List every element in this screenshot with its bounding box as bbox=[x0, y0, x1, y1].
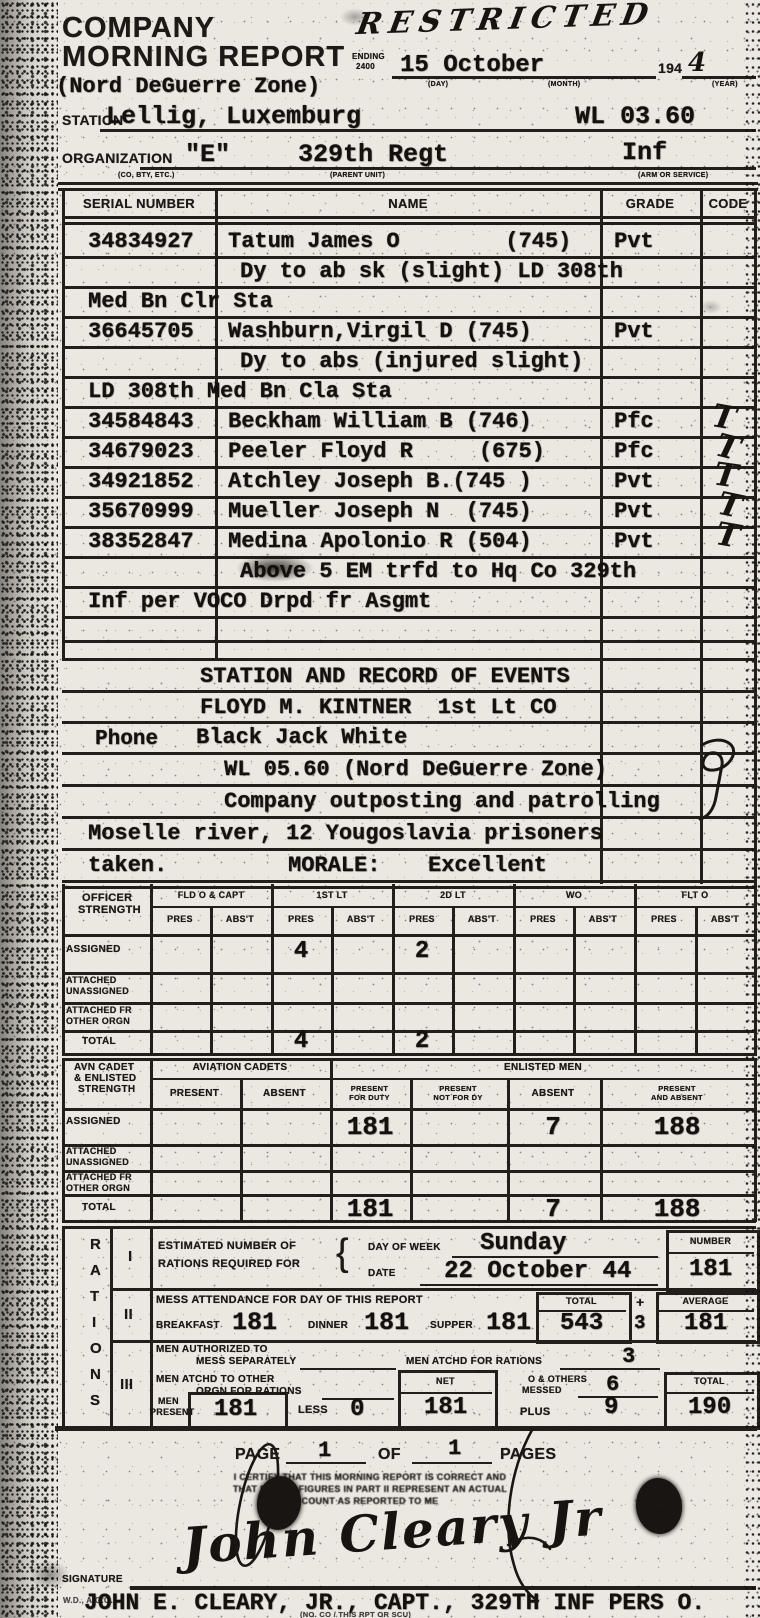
events-codewords: Black Jack White bbox=[196, 725, 407, 750]
map-reference: WL 03.60 bbox=[575, 102, 695, 131]
rule bbox=[62, 1144, 756, 1147]
present-and-absent-subheader: AND ABSENT bbox=[602, 1093, 752, 1102]
ending-label-line2: 2400 bbox=[356, 62, 375, 71]
scan-edge-left bbox=[0, 0, 58, 1618]
men-authorized-label: MEN AUTHORIZED TO bbox=[156, 1344, 268, 1355]
rule bbox=[62, 816, 756, 819]
present-not-for-duty-subheader: PRESENT bbox=[412, 1084, 504, 1093]
rule bbox=[210, 906, 213, 1056]
events-commander-line: FLOYD M. KINTNER 1st Lt CO bbox=[200, 695, 556, 720]
row-label-attached-unassigned: ATTACHED bbox=[66, 975, 117, 985]
estimated-rations-label: RATIONS REQUIRED FOR bbox=[158, 1258, 300, 1270]
rule bbox=[300, 1368, 396, 1370]
officer-group-header: 2D LT bbox=[394, 890, 512, 900]
date-label: DATE bbox=[368, 1268, 396, 1279]
day-of-week-value: Sunday bbox=[480, 1230, 566, 1257]
present-and-absent-subheader: PRESENT bbox=[602, 1084, 752, 1093]
rations-vertical-letter: O bbox=[90, 1340, 102, 1357]
rule bbox=[62, 934, 756, 937]
present-for-duty-subheader: PRESENT bbox=[332, 1084, 407, 1093]
roster-remark: Med Bn Clr Sta bbox=[88, 289, 273, 314]
rule bbox=[754, 1058, 757, 1222]
present-for-duty-subheader: FOR DUTY bbox=[332, 1093, 407, 1102]
roster-grade: Pfc bbox=[614, 439, 654, 464]
rule bbox=[62, 690, 756, 693]
mess-total-value: 543 bbox=[538, 1310, 625, 1337]
roster-serial: 38352847 bbox=[88, 529, 194, 554]
rule bbox=[62, 1226, 756, 1229]
less-value: 0 bbox=[350, 1396, 364, 1423]
pres-subheader: PRES bbox=[152, 914, 208, 924]
roster-name: Medina Apolonio R (504) bbox=[228, 529, 532, 554]
roster-remark: Dy to ab sk (slight) LD 308th bbox=[240, 259, 623, 284]
roster-name: Atchley Joseph B.(745 ) bbox=[228, 469, 532, 494]
pages-number: 1 bbox=[448, 1436, 461, 1461]
average-value: 181 bbox=[658, 1310, 753, 1337]
plus-label: PLUS bbox=[520, 1406, 551, 1418]
rule bbox=[150, 906, 756, 908]
organization-arm: Inf bbox=[622, 138, 667, 167]
rule bbox=[62, 658, 756, 661]
number-box-value: 181 bbox=[668, 1256, 753, 1283]
rule bbox=[62, 1002, 756, 1005]
roster-grade: Pvt bbox=[614, 499, 654, 524]
men-present-value: 181 bbox=[190, 1396, 281, 1423]
rations-total-value: 190 bbox=[666, 1394, 753, 1421]
men-atchd-for-rations-label: MEN ATCHD FOR RATIONS bbox=[406, 1356, 542, 1367]
rule bbox=[62, 721, 756, 724]
em-absent-subheader: ABSENT bbox=[509, 1088, 597, 1099]
roster-serial: 34679023 bbox=[88, 439, 194, 464]
rule bbox=[62, 848, 756, 851]
column-header-name: NAME bbox=[220, 196, 596, 211]
number-box-label: NUMBER bbox=[668, 1236, 753, 1246]
roster-serial: 36645705 bbox=[88, 319, 194, 344]
arm-service-caption: (ARM OR SERVICE) bbox=[638, 172, 708, 179]
net-box-value: 181 bbox=[400, 1394, 491, 1421]
morale-value: Excellent bbox=[428, 853, 547, 878]
row-label-attached-unassigned: UNASSIGNED bbox=[66, 1157, 129, 1167]
enlisted-strength-corner-label: STRENGTH bbox=[78, 1084, 135, 1095]
events-activity-line3: taken. bbox=[88, 853, 167, 878]
rule bbox=[150, 1226, 153, 1426]
plus-value: 9 bbox=[604, 1394, 618, 1421]
morale-label: MORALE: bbox=[288, 853, 380, 878]
date-value: 22 October 44 bbox=[444, 1258, 631, 1285]
roster-remark: Dy to abs (injured slight) bbox=[240, 349, 583, 374]
organization-label: ORGANIZATION bbox=[62, 150, 173, 166]
rule bbox=[330, 1058, 333, 1222]
events-activity-line1: Company outposting and patrolling bbox=[224, 789, 660, 814]
roster-name: Washburn,Virgil D (745) bbox=[228, 319, 532, 344]
men-present-label: MEN bbox=[158, 1396, 179, 1406]
officer-assigned-2dlt-pres: 2 bbox=[402, 938, 442, 965]
dinner-label: DINNER bbox=[308, 1320, 348, 1331]
men-present-label: PRESENT bbox=[150, 1407, 195, 1417]
handwritten-stroke bbox=[480, 1425, 570, 1615]
row-label-total: TOTAL bbox=[82, 1036, 116, 1047]
divide-sign: + bbox=[636, 1294, 644, 1310]
roster-name: Mueller Joseph N (745) bbox=[228, 499, 532, 524]
rations-vertical-letter: R bbox=[90, 1236, 101, 1253]
rule bbox=[62, 1226, 65, 1426]
divisor-value: 3 bbox=[634, 1312, 645, 1334]
section-numeral-i: I bbox=[128, 1248, 132, 1265]
rule bbox=[62, 1108, 756, 1111]
officer-group-header: WO bbox=[515, 890, 633, 900]
rations-vertical-letter: I bbox=[92, 1314, 96, 1331]
abst-subheader: ABS'T bbox=[454, 914, 510, 924]
rule bbox=[62, 640, 756, 643]
rule bbox=[150, 1078, 756, 1080]
row-label-attached-unassigned: ATTACHED bbox=[66, 1146, 117, 1156]
rule bbox=[110, 1288, 756, 1291]
rule bbox=[58, 188, 758, 191]
ink-smudge bbox=[700, 300, 722, 314]
roster-grade: Pvt bbox=[614, 529, 654, 554]
handwritten-flourish bbox=[680, 735, 750, 825]
code-mark-handwritten: T bbox=[713, 514, 743, 556]
roster-grade: Pvt bbox=[614, 319, 654, 344]
ending-label-line1: ENDING bbox=[352, 52, 385, 61]
roster-serial: 34584843 bbox=[88, 409, 194, 434]
day-caption: (DAY) bbox=[428, 81, 448, 88]
rations-vertical-letter: S bbox=[90, 1392, 100, 1409]
roster-remark: Above 5 EM trfd to Hq Co 329th bbox=[240, 559, 636, 584]
row-label-assigned: ASSIGNED bbox=[66, 944, 121, 955]
estimated-rations-label: ESTIMATED NUMBER OF bbox=[158, 1240, 296, 1252]
punch-hole-right bbox=[633, 1476, 685, 1537]
signer-sub-caption: (NO. CO / THIS RPT OR SCU) bbox=[300, 1610, 411, 1618]
others-messed-label: MESSED bbox=[522, 1385, 562, 1395]
roster-serial: 35670999 bbox=[88, 499, 194, 524]
morning-report-page: RESTRICTED COMPANY MORNING REPORT (Nord … bbox=[0, 0, 760, 1618]
row-label-attached-fr-other: OTHER ORGN bbox=[66, 1183, 130, 1193]
rule bbox=[62, 216, 756, 219]
column-header-serial: SERIAL NUMBER bbox=[66, 196, 212, 211]
organization-company: "E" bbox=[185, 140, 230, 169]
enlisted-strength-corner-label: & ENLISTED bbox=[74, 1073, 136, 1084]
mess-total-label: TOTAL bbox=[538, 1296, 625, 1306]
events-section-title: STATION AND RECORD OF EVENTS bbox=[200, 664, 570, 689]
rule bbox=[754, 188, 757, 884]
men-atchd-other-label: MEN ATCHD TO OTHER bbox=[156, 1374, 275, 1385]
pres-subheader: PRES bbox=[394, 914, 450, 924]
rule bbox=[452, 906, 455, 1056]
roster-grade: Pvt bbox=[614, 469, 654, 494]
officer-group-header: 1ST LT bbox=[273, 890, 391, 900]
rule bbox=[240, 1078, 243, 1222]
roster-serial: 34921852 bbox=[88, 469, 194, 494]
officer-assigned-1stlt-pres: 4 bbox=[281, 938, 321, 965]
abst-subheader: ABS'T bbox=[212, 914, 268, 924]
rule bbox=[507, 1078, 510, 1222]
rule bbox=[62, 880, 756, 883]
pres-subheader: PRES bbox=[273, 914, 329, 924]
rations-total-label: TOTAL bbox=[666, 1376, 753, 1386]
rule bbox=[62, 972, 756, 975]
form-title-line2: MORNING REPORT bbox=[62, 41, 345, 74]
rule bbox=[62, 752, 756, 755]
rule bbox=[560, 1368, 660, 1370]
em-total-absent: 7 bbox=[518, 1194, 588, 1224]
cadets-absent-subheader: ABSENT bbox=[242, 1088, 327, 1099]
officer-total-2dlt-pres: 2 bbox=[402, 1028, 442, 1055]
column-header-code: CODE bbox=[702, 196, 754, 211]
month-caption: (MONTH) bbox=[548, 81, 580, 88]
aviation-cadets-group-header: AVIATION CADETS bbox=[152, 1062, 328, 1073]
men-authorized-label: MESS SEPARATELY bbox=[196, 1356, 296, 1367]
men-atchd-for-rations-value: 3 bbox=[622, 1344, 635, 1369]
rule bbox=[62, 1058, 756, 1061]
em-assigned-absent: 7 bbox=[518, 1112, 588, 1142]
enlisted-strength-corner-label: AVN CADET bbox=[74, 1062, 134, 1073]
row-label-attached-fr-other: OTHER ORGN bbox=[66, 1016, 130, 1026]
rule bbox=[150, 1058, 153, 1222]
officer-strength-corner-label: STRENGTH bbox=[78, 904, 141, 916]
row-label-attached-fr-other: ATTACHED FR bbox=[66, 1172, 132, 1182]
mess-attendance-label: MESS ATTENDANCE FOR DAY OF THIS REPORT bbox=[156, 1294, 423, 1306]
rations-vertical-letter: N bbox=[90, 1366, 101, 1383]
parent-unit-caption: (PARENT UNIT) bbox=[330, 172, 385, 179]
officer-group-header: FLD O & CAPT bbox=[152, 890, 270, 900]
rations-vertical-letter: A bbox=[90, 1262, 101, 1279]
signature-label: SIGNATURE bbox=[62, 1574, 123, 1585]
row-label-assigned: ASSIGNED bbox=[66, 1116, 121, 1127]
supper-label: SUPPER bbox=[430, 1320, 473, 1331]
rule bbox=[62, 1058, 65, 1222]
year-handwritten: 4 bbox=[688, 48, 706, 78]
enlisted-men-group-header: ENLISTED MEN bbox=[332, 1062, 754, 1073]
brace-glyph: { bbox=[336, 1232, 349, 1275]
organization-parent-unit: 329th Regt bbox=[298, 140, 448, 169]
rule bbox=[62, 784, 756, 787]
em-assigned-present-and-absent: 188 bbox=[642, 1112, 712, 1142]
abst-subheader: ABS'T bbox=[333, 914, 389, 924]
roster-name: Beckham William B (746) bbox=[228, 409, 532, 434]
em-assigned-present-for-duty: 181 bbox=[335, 1112, 405, 1142]
abst-subheader: ABS'T bbox=[697, 914, 753, 924]
row-label-attached-fr-other: ATTACHED FR bbox=[66, 1005, 132, 1015]
breakfast-label: BREAKFAST bbox=[156, 1320, 220, 1331]
events-phone-label: Phone bbox=[95, 728, 158, 751]
roster-name: Tatum James O (745) bbox=[228, 229, 571, 254]
abst-subheader: ABS'T bbox=[575, 914, 631, 924]
officer-group-header: FLT O bbox=[636, 890, 754, 900]
year-caption: (YEAR) bbox=[712, 81, 738, 88]
rule bbox=[62, 616, 756, 619]
rule bbox=[58, 182, 758, 185]
roster-grade: Pfc bbox=[614, 409, 654, 434]
pres-subheader: PRES bbox=[636, 914, 692, 924]
station-value: Lellig, Luxemburg bbox=[106, 102, 361, 131]
report-date-value: 15 October bbox=[400, 52, 544, 79]
roster-grade: Pvt bbox=[614, 229, 654, 254]
rations-vertical-letter: T bbox=[90, 1288, 99, 1305]
rule bbox=[695, 906, 698, 1056]
officer-total-1stlt-pres: 4 bbox=[281, 1028, 321, 1055]
section-numeral-ii: II bbox=[124, 1306, 133, 1323]
rule bbox=[62, 1170, 756, 1173]
rule bbox=[331, 906, 334, 1056]
supper-value: 181 bbox=[486, 1308, 531, 1337]
roster-name: Peeler Floyd R (675) bbox=[228, 439, 545, 464]
classification-stamp: RESTRICTED bbox=[354, 0, 658, 42]
rule bbox=[62, 886, 756, 889]
rule bbox=[62, 222, 756, 225]
day-of-week-label: DAY OF WEEK bbox=[368, 1242, 441, 1253]
year-prefix: 194 bbox=[658, 60, 682, 76]
officer-strength-corner-label: OFFICER bbox=[82, 892, 132, 904]
rule bbox=[573, 906, 576, 1056]
cadets-present-subheader: PRESENT bbox=[152, 1088, 237, 1099]
section-numeral-iii: III bbox=[120, 1376, 133, 1393]
dinner-value: 181 bbox=[364, 1308, 409, 1337]
of-label: OF bbox=[378, 1446, 401, 1464]
company-caption: (CO, BTY, ETC.) bbox=[118, 172, 175, 179]
rule bbox=[110, 1226, 113, 1426]
breakfast-value: 181 bbox=[232, 1308, 277, 1337]
events-map-reference: WL 05.60 (Nord DeGuerre Zone) bbox=[224, 757, 607, 782]
roster-remark: LD 308th Med Bn Cla Sta bbox=[88, 379, 392, 404]
pres-subheader: PRES bbox=[515, 914, 571, 924]
row-label-total: TOTAL bbox=[82, 1202, 116, 1213]
average-label: AVERAGE bbox=[658, 1296, 753, 1306]
roster-serial: 34834927 bbox=[88, 229, 194, 254]
form-subtitle: (Nord DeGuerre Zone) bbox=[56, 74, 320, 99]
present-not-for-duty-subheader: NOT FOR DY bbox=[412, 1093, 504, 1102]
row-label-attached-unassigned: UNASSIGNED bbox=[66, 986, 129, 996]
column-header-grade: GRADE bbox=[602, 196, 698, 211]
em-total-present-for-duty: 181 bbox=[335, 1194, 405, 1224]
others-messed-label: O & OTHERS bbox=[528, 1374, 587, 1384]
net-box-label: NET bbox=[400, 1376, 491, 1386]
em-total-present-and-absent: 188 bbox=[642, 1194, 712, 1224]
less-label: LESS bbox=[298, 1404, 328, 1416]
events-activity-line2: Moselle river, 12 Yougoslavia prisoners bbox=[88, 821, 603, 846]
roster-remark: Inf per VOCO Drpd fr Asgmt bbox=[88, 589, 431, 614]
